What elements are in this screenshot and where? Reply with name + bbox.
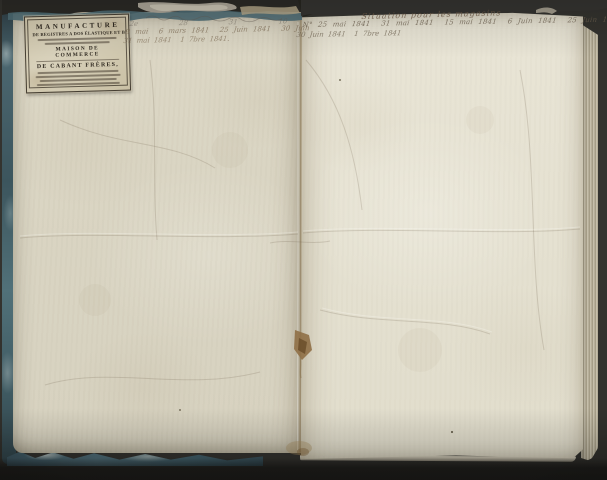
page-stack-fore-edge <box>581 24 598 461</box>
label-name-line: DE CABANT FRÈRES, <box>33 62 122 70</box>
label-fine-print-line <box>37 82 120 86</box>
top-gutter-notch <box>298 0 318 17</box>
printed-label: MANUFACTURE DE REGISTRES A DOS ÉLASTIQUE… <box>24 14 131 94</box>
right-page <box>301 12 583 460</box>
scanned-ledger-photo: MANUFACTURE DE REGISTRES A DOS ÉLASTIQUE… <box>0 0 607 480</box>
label-border: MANUFACTURE DE REGISTRES A DOS ÉLASTIQUE… <box>27 17 128 89</box>
book-bottom-shadow <box>0 458 607 480</box>
label-maison-line: MAISON DE COMMERCE <box>33 44 122 58</box>
label-fine-print-line <box>49 86 108 89</box>
